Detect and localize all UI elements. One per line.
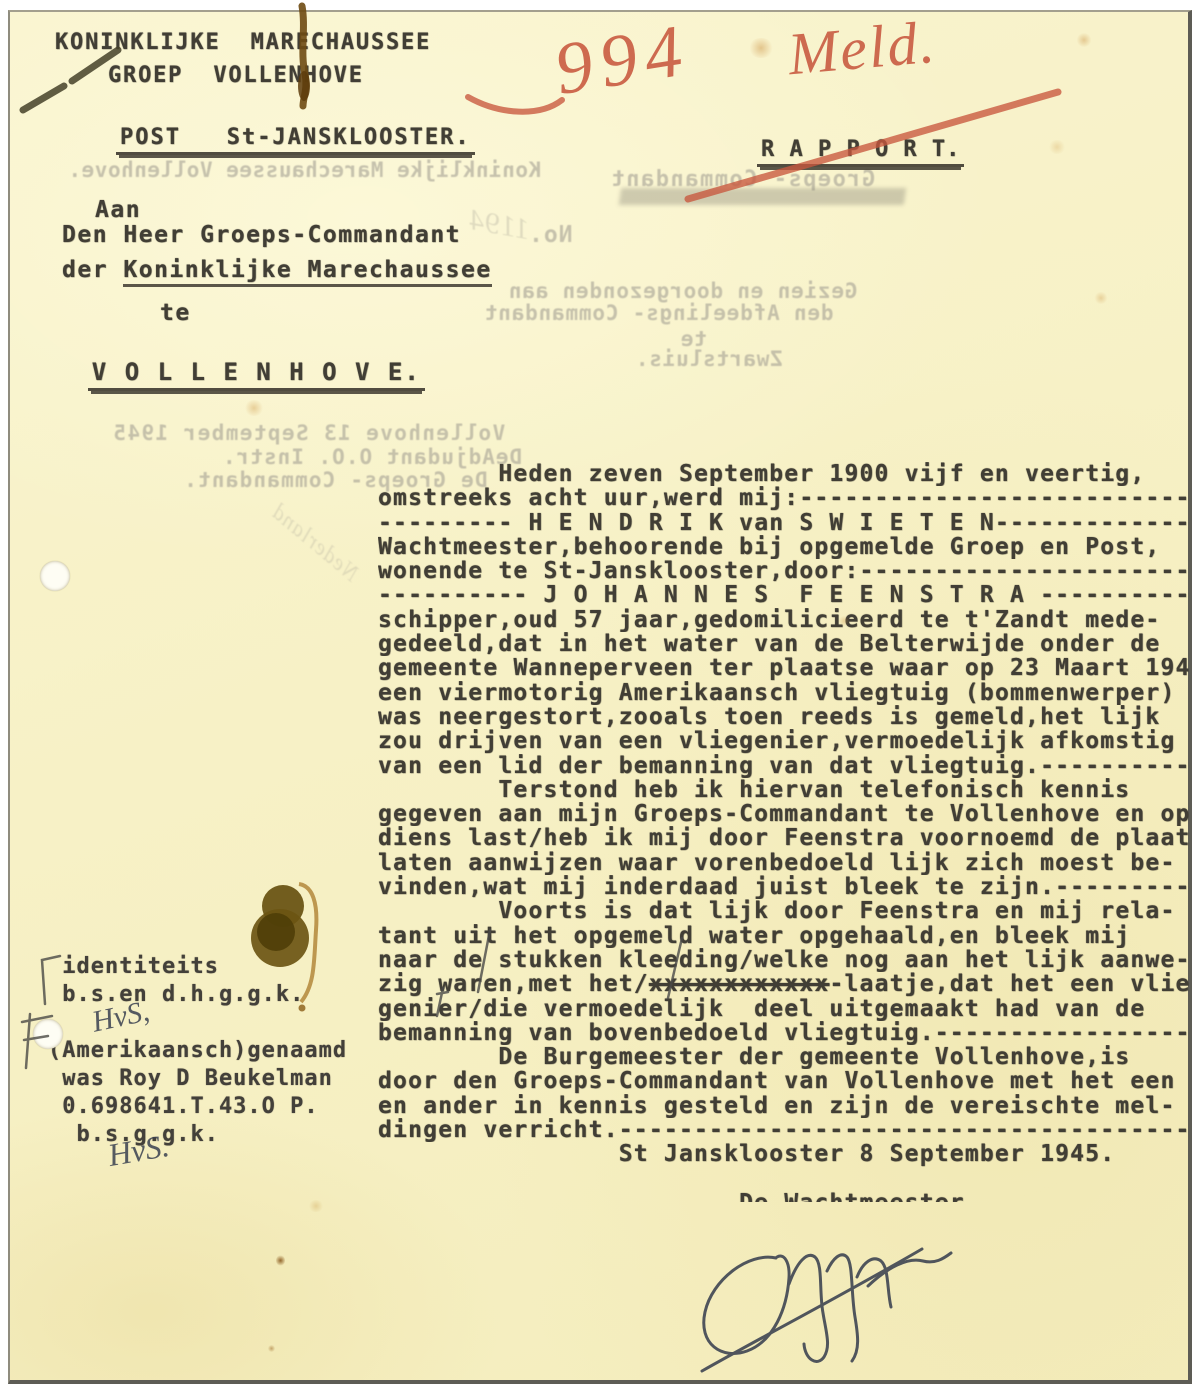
body-line: zig waren,met het/xxxxxxxxxxxx-laatje,da… [378,972,1190,996]
punch-hole-bottom [33,1019,63,1049]
body-line: tant uit het opgemeld water opgehaald,en… [378,924,1190,948]
body-line: Heden zeven September 1900 vijf en veert… [378,462,1190,486]
body-line: laten aanwijzen waar vorenbedoeld lijk z… [378,851,1190,875]
body-line: Voorts is dat lijk door Feenstra en mij … [378,899,1190,923]
foxing-spot [1048,140,1066,154]
ink-speck [268,1345,275,1352]
address-aan: Aan [95,197,141,223]
body-line: ---------- J O H A N N E S F E E N S T R… [378,583,1190,607]
body-line: was neergestort,zooals toen reeds is gem… [378,705,1190,729]
address-line1: Den Heer Groeps-Commandant [62,222,461,248]
org-name-line1: KONINKLIJKE MARECHAUSSEE [55,30,431,55]
body-line: --------- H E N D R I K van S W I E T E … [378,511,1190,535]
report-body: Heden zeven September 1900 vijf en veert… [378,462,1190,1202]
body-line: door den Groeps-Commandant van Vollenhov… [378,1069,1190,1093]
foxing-spot [748,38,774,58]
scanned-document-page: Koninklijke Marechaussee Vollenhove.Groe… [0,0,1200,1390]
margin-note-line: 0.698641.T.43.O P. [48,1093,378,1121]
red-meld-word: Meld. [785,8,939,90]
body-line: schipper,oud 57 jaar,gedomilicieerd te t… [378,608,1190,632]
body-line: een viermotorig Amerikaansch vliegtuig (… [378,681,1190,705]
margin-note-line: was Roy D Beukelman [48,1065,378,1093]
body-line: en ander in kennis gesteld en zijn de ve… [378,1094,1190,1118]
foxing-spot [1094,292,1108,304]
ghost-text: Gezien en doorgezonden aan [508,279,858,303]
margin-note-line: identiteits [48,953,378,981]
foxing-spot [838,616,850,626]
foxing-spot [308,1200,324,1212]
org-name-line2: GROEP VOLLENHOVE [108,63,364,88]
body-line: naar de stukken kleeding/welke nog aan h… [378,948,1190,972]
address-te: te [160,300,191,326]
body-line: vinden,wat mij inderdaad juist bleek te … [378,875,1190,899]
body-line: dingen verricht.------------------------… [378,1118,1190,1142]
ink-speck [276,1255,285,1266]
org-post-line: POST St-JANSKLOOSTER. [116,125,475,155]
body-line: De Burgemeester der gemeente Vollenhove,… [378,1045,1190,1069]
address-line2: der Koninklijke Marechaussee [62,257,492,283]
margin-identity-note: identiteits b.s.en d.h.g.g.k. (Amerikaan… [48,953,378,1149]
body-line: Wachtmeester,behoorende bij opgemelde Gr… [378,535,1190,559]
ghost-text: Vollenhove 13 September 1945 [112,421,505,445]
margin-note-line: b.s.g.g.k. [48,1121,378,1149]
foxing-spot [1076,33,1092,47]
ink-smudge [619,188,906,205]
address-vollenhove: V O L L E N H O V E. [88,358,425,391]
body-line: bemanning van bovenbedoeld vliegtuig.---… [378,1021,1190,1045]
body-line: genier/die vermoedelijk deel uitgemaakt … [378,997,1190,1021]
body-line: gegeven aan mijn Groeps-Commandant te Vo… [378,802,1190,826]
body-line: omstreeks acht uur,werd mij:------------… [378,486,1190,510]
ghost-text: No. [528,222,573,248]
ghost-text: den Afdeelings- Commandant [484,301,834,325]
margin-note-line: (Amerikaansch)genaamd [48,1037,378,1065]
body-line: gedeeld,dat in het water van de Belterwi… [378,632,1190,656]
report-title: R A P P O R T. [757,137,964,167]
ghost-text: Zwartsluis. [635,347,783,371]
body-line [378,1167,1190,1191]
body-line: gemeente Wanneperveen ter plaatse waar o… [378,656,1190,680]
body-line: wonende te St-Jansklooster,door:--------… [378,559,1190,583]
body-line: De Wachtmeester, [378,1191,1190,1202]
body-line: diens last/heb ik mij door Feenstra voor… [378,826,1190,850]
body-line: St Jansklooster 8 September 1945. [378,1142,1190,1166]
foxing-spot [244,400,264,416]
body-line: zou drijven van een vliegenier,vermoedel… [378,729,1190,753]
punch-hole-top [40,561,70,591]
body-line: Terstond heb ik hiervan telefonisch kenn… [378,778,1190,802]
body-line: van een lid der bemanning van dat vliegt… [378,754,1190,778]
